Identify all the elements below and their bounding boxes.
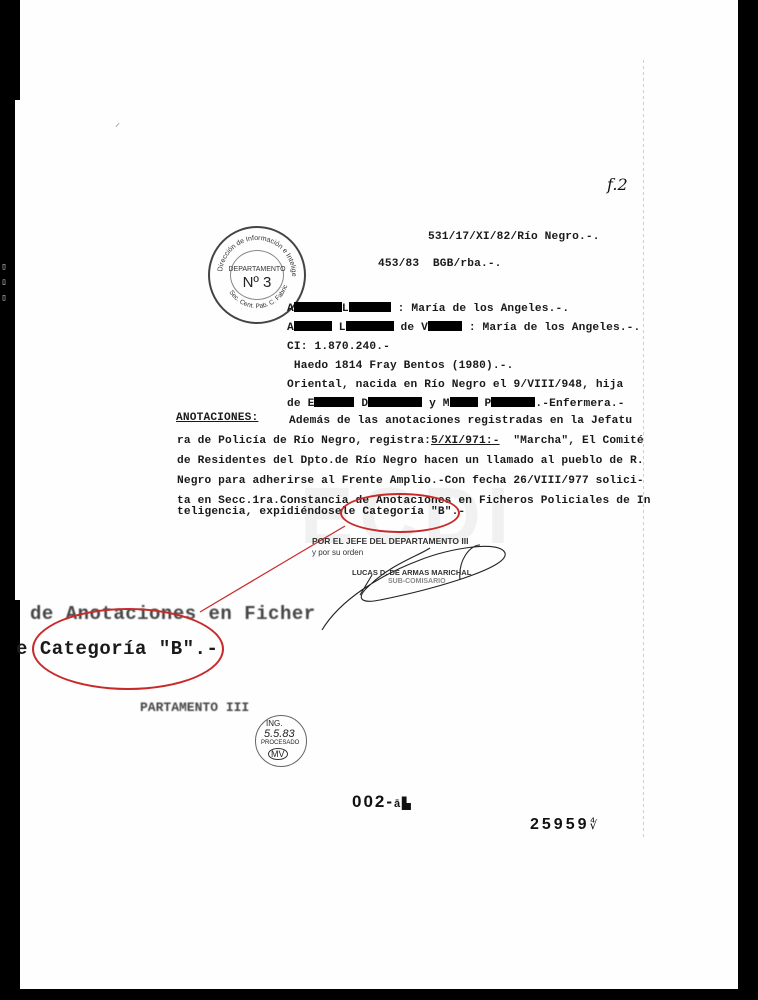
received-stamp-initials: MV bbox=[268, 748, 288, 760]
redaction bbox=[314, 397, 354, 407]
parent-initial: P bbox=[478, 398, 492, 410]
address-line: Haedo 1814 Fray Bentos (1980).-. bbox=[287, 359, 514, 373]
redaction bbox=[349, 302, 391, 312]
redaction bbox=[368, 397, 422, 407]
connector: y M bbox=[422, 398, 449, 410]
signature-order: y por su orden bbox=[312, 548, 363, 557]
redaction bbox=[428, 321, 462, 331]
annotations-label: ANOTACIONES: bbox=[176, 411, 258, 425]
annotation-line-4: Negro para adherirse al Frente Amplio.-C… bbox=[177, 474, 644, 488]
archive-number-text: 25959 bbox=[530, 816, 590, 833]
received-stamp-date: 5.5.83 bbox=[264, 728, 295, 740]
annotation-line-3: de Residentes del Dpto.de Río Negro hace… bbox=[177, 454, 644, 468]
surname-initial: L bbox=[342, 303, 349, 315]
scan-specks: ⸝ bbox=[115, 115, 120, 130]
annotation-line-1: Además de las anotaciones registradas en… bbox=[289, 414, 632, 428]
annotation-event: "Marcha", El Comité bbox=[500, 435, 644, 447]
page-edge bbox=[15, 100, 23, 600]
redaction bbox=[491, 397, 535, 407]
name-initial: A bbox=[287, 322, 294, 334]
name-initial: A bbox=[287, 303, 294, 315]
received-stamp: ING. 5.5.83 PROCESADO MV bbox=[255, 715, 307, 767]
annotation-text: teligencia, expidiéndosele bbox=[177, 506, 355, 518]
reference-line-1: 531/17/XI/82/Río Negro.-. bbox=[428, 230, 600, 244]
stamp-department-label: DEPARTAMENTO bbox=[210, 266, 304, 273]
sequence-number: 002-ā▙ bbox=[352, 792, 413, 812]
reference-line-2: 453/83 BGB/rba.-. bbox=[378, 257, 502, 271]
received-stamp-label: ING. bbox=[266, 719, 282, 728]
annotation-line-2: ra de Policía de Río Negro, registra:5/X… bbox=[177, 434, 644, 448]
scan-edge-marks: ▯ ▯ ▯ bbox=[2, 262, 12, 303]
redaction bbox=[450, 397, 478, 407]
redaction bbox=[294, 302, 342, 312]
fold-line bbox=[643, 60, 644, 840]
connector: de V bbox=[394, 322, 428, 334]
parents-line: de E D y M P.-Enfermera.- bbox=[287, 397, 625, 411]
surname-initial: L bbox=[339, 322, 346, 334]
archive-number: 25959∜ bbox=[530, 816, 600, 834]
folio-mark: f.2 bbox=[607, 175, 628, 194]
signatory-title: SUB-COMISARIO bbox=[388, 578, 446, 585]
parents-prefix: de E bbox=[287, 398, 314, 410]
annotation-text: ra de Policía de Río Negro, registra: bbox=[177, 435, 431, 447]
ci-line: CI: 1.870.240.- bbox=[287, 340, 390, 354]
redaction bbox=[294, 321, 332, 331]
received-stamp-status: PROCESADO bbox=[261, 740, 299, 746]
given-names: : María de los Angeles.-. bbox=[462, 322, 640, 334]
occupation: .-Enfermera.- bbox=[535, 398, 624, 410]
name-line-2: A L de V : María de los Angeles.-. bbox=[287, 321, 640, 335]
inset-line-3: PARTAMENTO III bbox=[140, 700, 249, 715]
signatory-name: LUCAS D. DE ARMAS MARICHAL bbox=[352, 568, 471, 577]
sequence-number-text: 002- bbox=[352, 792, 394, 811]
name-line-1: AL : María de los Angeles.-. bbox=[287, 302, 569, 316]
stamp-number: Nº 3 bbox=[210, 274, 304, 291]
redaction bbox=[346, 321, 394, 331]
signature-authority: POR EL JEFE DEL DEPARTAMENTO III bbox=[312, 536, 469, 546]
category-callout-ellipse bbox=[340, 493, 460, 533]
annotation-date: 5/XI/971:- bbox=[431, 435, 500, 447]
inset-callout-ellipse bbox=[32, 608, 224, 690]
parent-initial: D bbox=[354, 398, 368, 410]
birth-line: Oriental, nacida en Río Negro el 9/VIII/… bbox=[287, 378, 623, 392]
given-names: : María de los Angeles.-. bbox=[391, 303, 569, 315]
